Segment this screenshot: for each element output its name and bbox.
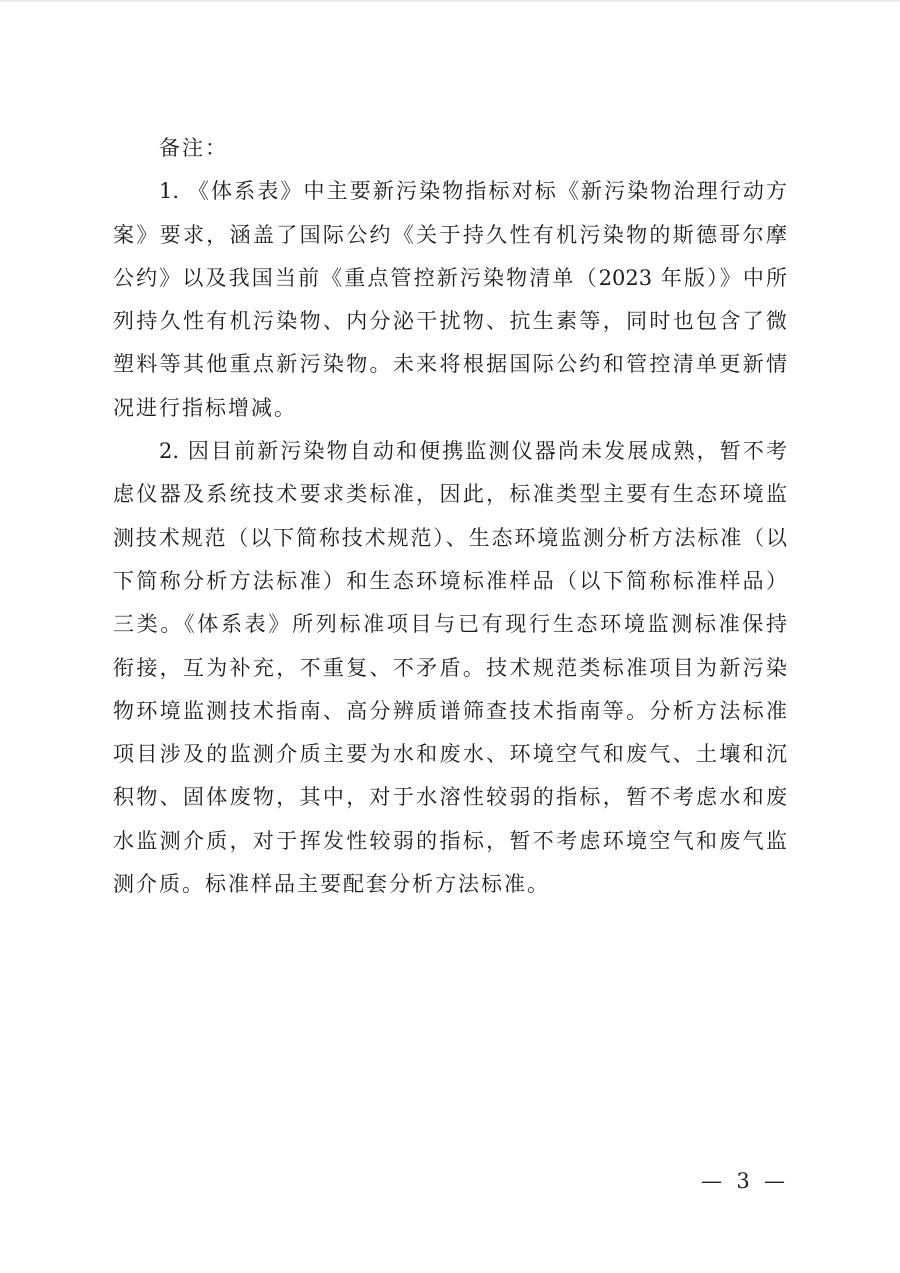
footer-dash-right: —: [764, 1169, 785, 1193]
text-line: 测技术规范（以下简称技术规范）、生态环境监测分析方法标准（以: [113, 517, 787, 560]
text-line: 案》要求，涵盖了国际公约《关于持久性有机污染物的斯德哥尔摩: [113, 214, 787, 257]
footer-dash-left: —: [701, 1169, 722, 1193]
text-line: 况进行指标增减。: [113, 387, 787, 430]
text-line: 2. 因目前新污染物自动和便携监测仪器尚未发展成熟，暂不考: [113, 430, 787, 473]
text-line: 物环境监测技术指南、高分辨质谱筛查技术指南等。分析方法标准: [113, 690, 787, 733]
document-page: 备注： 1. 《体系表》中主要新污染物指标对标《新污染物治理行动方 案》要求，涵…: [0, 0, 900, 1273]
page-number: 3: [736, 1169, 749, 1193]
text-line: 项目涉及的监测介质主要为水和废水、环境空气和废气、土壤和沉: [113, 733, 787, 776]
text-line: 衔接，互为补充，不重复、不矛盾。技术规范类标准项目为新污染: [113, 647, 787, 690]
text-line: 虑仪器及系统技术要求类标准，因此，标准类型主要有生态环境监: [113, 473, 787, 516]
text-line: 公约》以及我国当前《重点管控新污染物清单（2023 年版）》中所: [113, 257, 787, 300]
text-line: 测介质。标准样品主要配套分析方法标准。: [113, 863, 787, 906]
text-line: 列持久性有机污染物、内分泌干扰物、抗生素等，同时也包含了微: [113, 300, 787, 343]
document-body: 备注： 1. 《体系表》中主要新污染物指标对标《新污染物治理行动方 案》要求，涵…: [113, 127, 787, 906]
text-line: 积物、固体废物，其中，对于水溶性较弱的指标，暂不考虑水和废: [113, 776, 787, 819]
notes-heading: 备注：: [113, 127, 787, 170]
text-line: 三类。《体系表》所列标准项目与已有现行生态环境监测标准保持: [113, 603, 787, 646]
text-line: 水监测介质，对于挥发性较弱的指标，暂不考虑环境空气和废气监: [113, 820, 787, 863]
page-footer: — 3 —: [701, 1169, 785, 1193]
text-line: 塑料等其他重点新污染物。未来将根据国际公约和管控清单更新情: [113, 343, 787, 386]
text-line: 下简称分析方法标准）和生态环境标准样品（以下简称标准样品）: [113, 560, 787, 603]
text-line: 1. 《体系表》中主要新污染物指标对标《新污染物治理行动方: [113, 170, 787, 213]
